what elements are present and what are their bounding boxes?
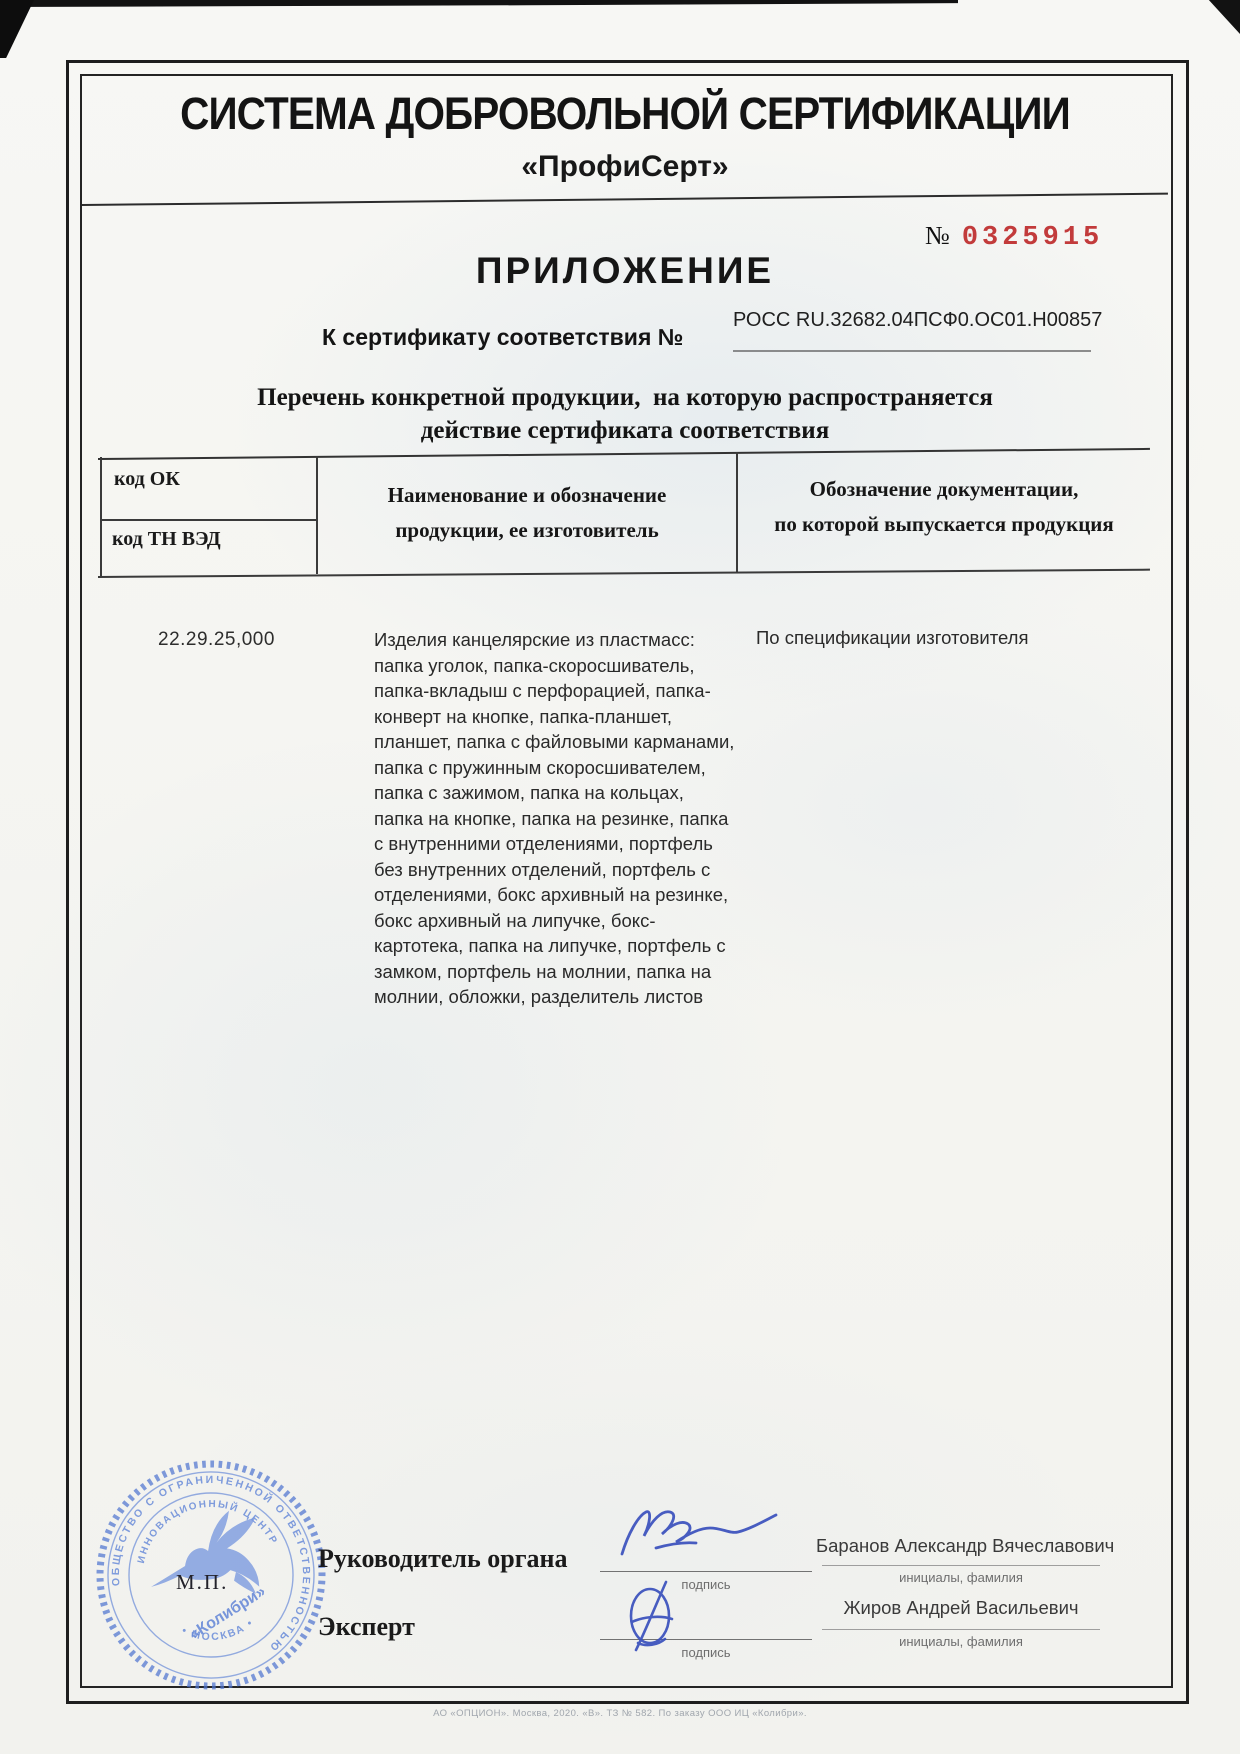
table-left-border xyxy=(100,457,102,576)
product-description-cell: Изделия канцелярские из пластмасс: папка… xyxy=(374,627,804,1010)
documentation-cell: По спецификации изготовителя xyxy=(756,627,1028,649)
scan-artifact-top-right xyxy=(1202,0,1240,34)
system-title: СИСТЕМА ДОБРОВОЛЬНОЙ СЕРТИФИКАЦИИ xyxy=(135,88,1116,140)
column-header-code-ok: код ОК xyxy=(114,468,180,491)
stamp-place-label: М.П. xyxy=(176,1570,228,1595)
certificate-number-value: РОСС RU.32682.04ПСФ0.ОС01.Н00857 xyxy=(733,309,1102,332)
expert-signature xyxy=(608,1576,698,1656)
form-number-value: 0325915 xyxy=(962,223,1103,253)
column-header-product: Наименование и обозначение продукции, ее… xyxy=(318,478,736,548)
expert-name-line xyxy=(822,1629,1100,1630)
director-name-caption: инициалы, фамилия xyxy=(822,1570,1100,1585)
certificate-label: К сертификату соответствия № xyxy=(322,324,683,351)
role-label-director: Руководитель органа xyxy=(318,1544,568,1574)
certificate-page: СИСТЕМА ДОБРОВОЛЬНОЙ СЕРТИФИКАЦИИ «Профи… xyxy=(0,0,1240,1754)
product-scope-line-1: Перечень конкретной продукции, на котору… xyxy=(80,384,1170,412)
director-name-line xyxy=(822,1565,1100,1566)
code-cells-divider xyxy=(100,519,317,521)
column-header-code-tnved: код ТН ВЭД xyxy=(112,528,221,551)
director-name: Баранов Александр Вячеславович xyxy=(816,1535,1106,1557)
director-signature xyxy=(612,1490,787,1570)
product-code-cell: 22.29.25,000 xyxy=(158,629,275,651)
expert-name-caption: инициалы, фамилия xyxy=(822,1634,1100,1649)
column-header-documentation: Обозначение документации, по которой вып… xyxy=(738,472,1150,542)
footer-imprint: АО «ОПЦИОН». Москва, 2020. «В». ТЗ № 582… xyxy=(0,1708,1240,1719)
certificate-number-underline xyxy=(733,350,1091,352)
form-number: №0325915 xyxy=(925,220,1103,253)
system-name: «ПрофиСерт» xyxy=(80,150,1170,184)
form-number-label: № xyxy=(925,221,962,250)
expert-name: Жиров Андрей Васильевич xyxy=(816,1597,1106,1619)
appendix-title: ПРИЛОЖЕНИЕ xyxy=(80,250,1170,292)
scan-artifact-top-left xyxy=(0,0,34,58)
director-signature-line xyxy=(600,1571,812,1572)
scan-artifact-top xyxy=(0,0,958,7)
role-label-expert: Эксперт xyxy=(318,1612,415,1642)
product-scope-line-2: действие сертификата соответствия xyxy=(80,417,1170,445)
